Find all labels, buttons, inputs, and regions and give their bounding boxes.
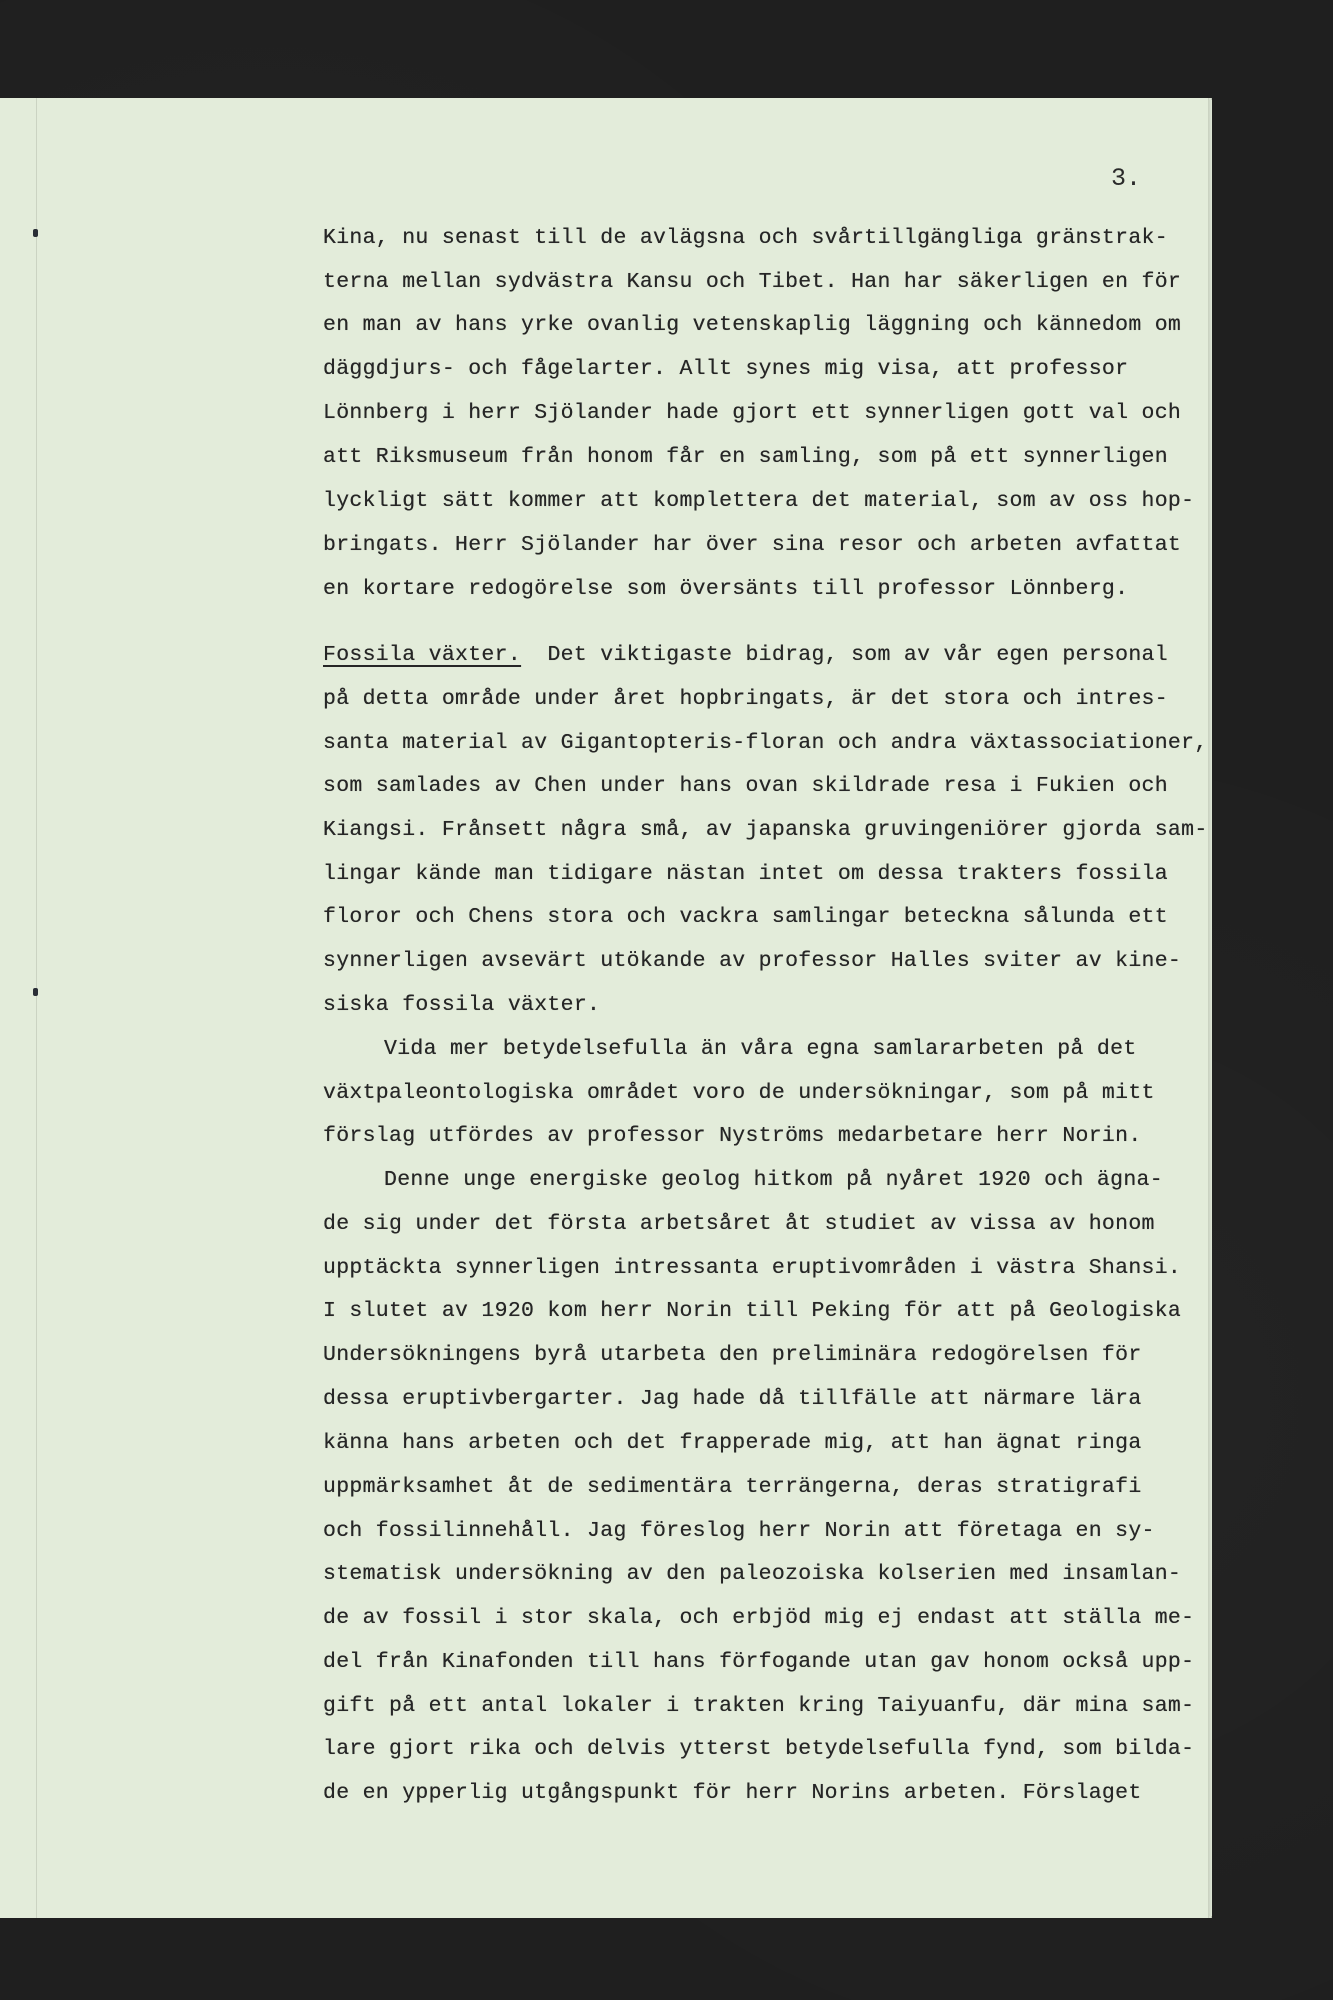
text-line: växtpaleontologiska området voro de unde… bbox=[323, 1080, 1155, 1106]
section-heading-line: Fossila växter. Det viktigaste bidrag, s… bbox=[323, 642, 1168, 668]
text-line: siska fossila växter. bbox=[323, 992, 600, 1018]
text-line: Vida mer betydelsefulla än våra egna sam… bbox=[384, 1036, 1137, 1062]
text-line: lare gjort rika och delvis ytterst betyd… bbox=[323, 1736, 1194, 1762]
text-line: dessa eruptivbergarter. Jag hade då till… bbox=[323, 1386, 1142, 1412]
text-line: Kiangsi. Frånsett några små, av japanska… bbox=[323, 817, 1208, 843]
text-line: uppmärksamhet åt de sedimentära terränge… bbox=[323, 1474, 1142, 1500]
text-line: terna mellan sydvästra Kansu och Tibet. … bbox=[323, 269, 1181, 295]
text-line: floror och Chens stora och vackra samlin… bbox=[323, 904, 1168, 930]
text-line: I slutet av 1920 kom herr Norin till Pek… bbox=[323, 1298, 1181, 1324]
text-line: lingar kände man tidigare nästan intet o… bbox=[323, 861, 1168, 887]
staple-mark bbox=[33, 229, 38, 237]
text-line: på detta område under året hopbringats, … bbox=[323, 686, 1168, 712]
text-line: Denne unge energiske geolog hitkom på ny… bbox=[384, 1167, 1163, 1193]
text-line: bringats. Herr Sjölander har över sina r… bbox=[323, 532, 1181, 558]
text-line: Lönnberg i herr Sjölander hade gjort ett… bbox=[323, 400, 1181, 426]
document-page: 3. Kina, nu senast till de avlägsna och … bbox=[0, 98, 1208, 1918]
page-number: 3. bbox=[1111, 164, 1141, 193]
text-line: del från Kinafonden till hans förfogande… bbox=[323, 1649, 1194, 1675]
text-line: de sig under det första arbetsåret åt st… bbox=[323, 1211, 1155, 1237]
text-line: santa material av Gigantopteris-floran o… bbox=[323, 730, 1208, 756]
text-line: stematisk undersökning av den paleozoisk… bbox=[323, 1561, 1181, 1587]
text-line: känna hans arbeten och det frapperade mi… bbox=[323, 1430, 1142, 1456]
text-line: Undersökningens byrå utarbeta den prelim… bbox=[323, 1342, 1142, 1368]
text-line: de en ypperlig utgångspunkt för herr Nor… bbox=[323, 1780, 1142, 1806]
text-line: och fossilinnehåll. Jag föreslog herr No… bbox=[323, 1518, 1155, 1544]
text-line: en man av hans yrke ovanlig vetenskaplig… bbox=[323, 312, 1181, 338]
fold-line bbox=[36, 98, 37, 1918]
text-line: som samlades av Chen under hans ovan ski… bbox=[323, 773, 1168, 799]
staple-mark bbox=[33, 988, 38, 996]
section-heading: Fossila växter. bbox=[323, 643, 521, 667]
text-line: däggdjurs- och fågelarter. Allt synes mi… bbox=[323, 356, 1128, 382]
text-line: gift på ett antal lokaler i trakten krin… bbox=[323, 1693, 1194, 1719]
text-line: Det viktigaste bidrag, som av vår egen p… bbox=[521, 643, 1168, 667]
text-line: förslag utfördes av professor Nyströms m… bbox=[323, 1123, 1142, 1149]
page-edge bbox=[1208, 100, 1212, 1916]
text-line: de av fossil i stor skala, och erbjöd mi… bbox=[323, 1605, 1194, 1631]
text-line: att Riksmuseum från honom får en samling… bbox=[323, 444, 1168, 470]
text-line: lyckligt sätt kommer att komplettera det… bbox=[323, 488, 1194, 514]
text-line: Kina, nu senast till de avlägsna och svå… bbox=[323, 225, 1168, 251]
text-line: synnerligen avsevärt utökande av profess… bbox=[323, 948, 1181, 974]
text-line: en kortare redogörelse som översänts til… bbox=[323, 576, 1128, 602]
text-line: upptäckta synnerligen intressanta erupti… bbox=[323, 1255, 1181, 1281]
